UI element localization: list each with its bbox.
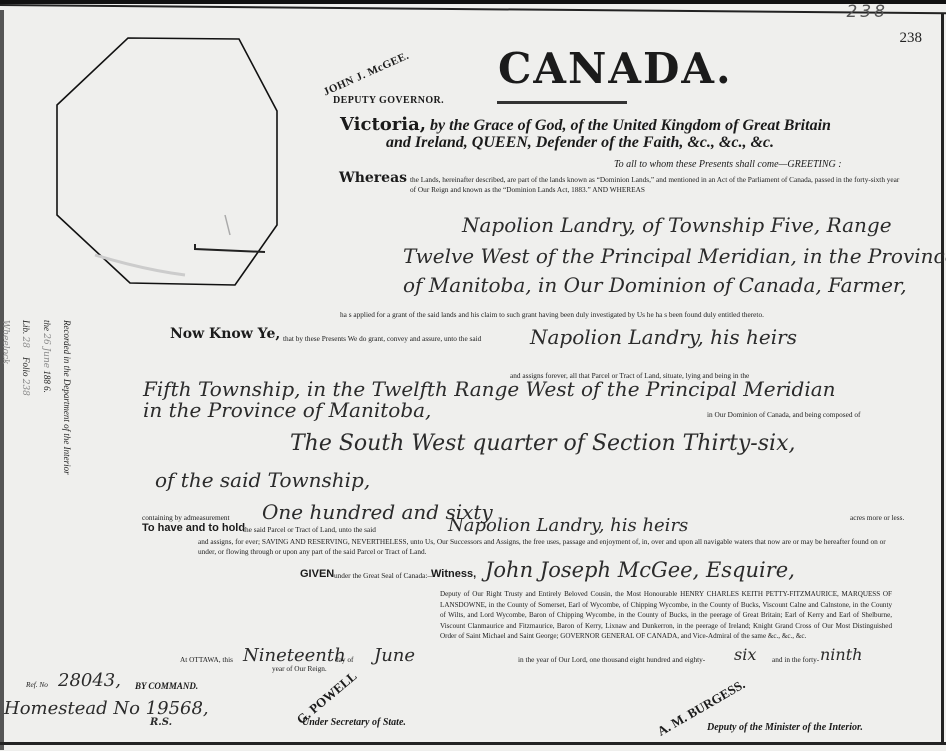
deputy-governor-stamp: JOHN J. McGEE. xyxy=(322,50,411,99)
grantee-description-line-2: Twelve West of the Principal Meridian, i… xyxy=(403,244,946,268)
ref-number: 28043, xyxy=(58,670,121,691)
witness-name: John Joseph McGee, Esquire, xyxy=(485,558,795,582)
to-have-heading: To have and to hold xyxy=(142,522,245,534)
folio-printed-number: 238 xyxy=(900,30,923,47)
reign-year-handwritten: ninth xyxy=(820,645,862,664)
under-secretary-title: Under Secretary of State. xyxy=(302,717,406,728)
recorded-signature: Wheelock xyxy=(0,320,10,580)
document-title: CANADA. xyxy=(498,44,733,93)
folio-value: 238 xyxy=(20,379,30,396)
folio-pencil-number: 238 xyxy=(847,2,888,22)
octagon-seal-icon xyxy=(55,35,278,290)
land-grant-document: 238 238 JOHN J. McGEE. DEPUTY GOVERNOR. … xyxy=(0,0,946,751)
grantee-description-line-1: Napolion Landry, of Township Five, Range xyxy=(462,213,892,237)
parcel-line-2: of the said Township, xyxy=(155,468,370,492)
recorded-the: the xyxy=(42,320,52,331)
whereas-heading: Whereas xyxy=(339,170,407,186)
to-have-grantee: Napolion Landry, his heirs xyxy=(448,515,688,536)
given-heading: GIVEN xyxy=(300,568,334,580)
deputy-governor-label: DEPUTY GOVERNOR. xyxy=(333,95,444,106)
deputy-minister-title: Deputy of the Minister of the Interior. xyxy=(707,722,863,733)
containing-label: containing by admeasurement xyxy=(142,513,230,522)
year-reign-text: year of Our Reign. xyxy=(272,664,327,673)
dominion-composed-text: in Our Dominion of Canada, and being com… xyxy=(707,410,860,419)
victoria-word: Victoria, xyxy=(340,114,426,135)
recorded-line-2: the 26 June 188 6. xyxy=(41,320,52,580)
lib-label: Lib. xyxy=(21,320,31,334)
homestead-number: Homestead No 19568, xyxy=(4,698,209,719)
recorded-date: 26 June xyxy=(41,333,51,368)
preamble-line-1-text: by the Grace of God, of the United Kingd… xyxy=(426,117,831,134)
seal-octagon xyxy=(55,35,278,290)
acres-label: acres more or less. xyxy=(850,513,904,522)
lib-value: 28 xyxy=(20,337,30,348)
bottom-border xyxy=(0,742,946,745)
month-handwritten: June xyxy=(374,645,415,666)
recorded-line-1: Recorded in the Department of the Interi… xyxy=(62,320,72,580)
initials: R.S. xyxy=(150,717,172,728)
deputy-titles-block: Deputy of Our Right Trusty and Entirely … xyxy=(440,589,892,642)
recorded-year: 188 6. xyxy=(42,370,52,393)
by-command-label: BY COMMAND. xyxy=(135,681,198,691)
preamble-line-2: and Ireland, QUEEN, Defender of the Fait… xyxy=(386,134,774,152)
recorded-line-3: Lib. 28 Folio 238 xyxy=(20,320,31,580)
lord-year-text: in the year of Our Lord, one thousand ei… xyxy=(518,655,705,664)
whereas-text: the Lands, hereinafter described, are pa… xyxy=(410,175,900,195)
location-line-2: in the Province of Manitoba, xyxy=(143,398,431,422)
now-know-heading: Now Know Ye, xyxy=(170,326,280,342)
day-of-text: day of xyxy=(335,655,353,664)
witness-label: Witness, xyxy=(431,568,476,580)
parcel-line-1: The South West quarter of Section Thirty… xyxy=(290,431,795,456)
saving-text: and assigns, for ever; SAVING AND RESERV… xyxy=(198,537,888,557)
to-have-text: the said Parcel or Tract of Land, unto t… xyxy=(243,525,376,534)
now-know-text: that by these Presents We do grant, conv… xyxy=(283,334,481,343)
title-underline xyxy=(497,101,627,104)
right-border xyxy=(941,14,944,744)
grantee-description-line-3: of Manitoba, in Our Dominion of Canada, … xyxy=(403,273,907,297)
day-handwritten: Nineteenth xyxy=(243,645,346,666)
preamble-line-1: Victoria, by the Grace of God, of the Un… xyxy=(340,114,831,135)
folio-label: Folio xyxy=(21,357,31,377)
ref-no-label: Ref. No xyxy=(26,680,48,689)
applied-text: ha s applied for a grant of the said lan… xyxy=(340,310,764,319)
given-text: under the Great Seal of Canada:— xyxy=(334,571,435,580)
at-ottawa-text: At OTTAWA, this xyxy=(180,655,233,664)
greeting: To all to whom these Presents shall come… xyxy=(614,159,842,170)
recorded-margin-note: Recorded in the Department of the Interi… xyxy=(0,320,72,580)
year-handwritten: six xyxy=(734,645,756,664)
grantee-name: Napolion Landry, his heirs xyxy=(530,325,797,349)
and-forty-text: and in the forty- xyxy=(772,655,819,664)
